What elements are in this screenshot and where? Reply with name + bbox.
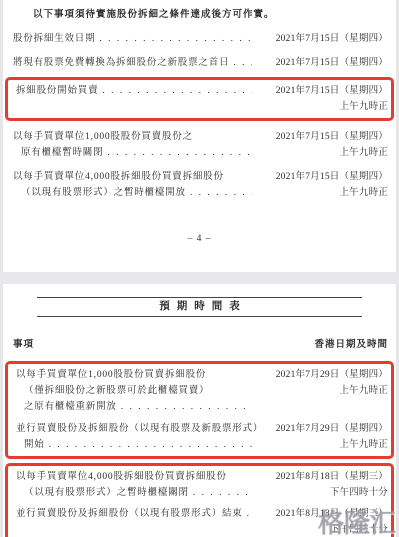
timetable-row: 並行買賣股份及拆細股份（以現有股票及新股票形式） 開始 2021年7月29日（星… <box>13 421 388 453</box>
event-label: 拆細股份開始買賣 <box>16 83 98 99</box>
event-label: 並行買賣股份及拆細股份（以現有股票及新股票形式） <box>16 421 263 437</box>
event-date: 2021年7月29日（星期四） <box>252 421 388 437</box>
dot-leader <box>233 55 252 71</box>
event-label: 將現有股票免費轉換為拆細股份之新股票之首日 <box>13 55 229 71</box>
event-time: 下午四時十分 <box>252 522 388 537</box>
timetable-row: 股份拆細生效日期 2021年7月15日（星期四） <box>3 31 396 47</box>
timetable-row: 以每手買賣單位4,000股拆細股份買賣拆細股份 （以現有股票形式）之暫時櫃檯關閉… <box>13 469 388 501</box>
page-number: – 4 – <box>3 234 396 244</box>
event-label: 並行買賣股份及拆細股份（以現有股票形式）結束 <box>16 506 243 522</box>
event-label: （僅拆細股份之新股票可於此櫃檯買賣） <box>24 383 209 399</box>
document-page-4: 以下事項須待實施股份拆細之條件達成後方可作實。 股份拆細生效日期 2021年7月… <box>3 0 396 272</box>
fragment-divider <box>0 272 399 284</box>
event-date: 2021年7月15日（星期四） <box>252 83 388 99</box>
event-time: 上午九時正 <box>252 185 388 201</box>
event-time: 上午九時正 <box>252 99 388 115</box>
event-label: 以每手買賣單位1,000股股份買賣拆細股份 <box>16 367 206 383</box>
timetable-row: 拆細股份開始買賣 2021年7月15日（星期四） 上午九時正 <box>13 83 388 115</box>
column-event: 事項 <box>13 336 34 350</box>
timetable-row: 以每手買賣單位1,000股股份買賣股份之 原有櫃檯暫時關閉 2021年7月15日… <box>3 129 396 161</box>
column-headers: 事項 香港日期及時間 <box>3 336 396 350</box>
event-label: （以現有股票形式）之暫時櫃檯關閉 <box>24 485 189 501</box>
dot-leader <box>121 399 252 415</box>
dot-leader <box>49 437 252 453</box>
event-date: 2021年7月29日（星期四） <box>252 367 388 383</box>
event-label: 以每手買賣單位1,000股股份買賣股份之 <box>13 129 193 145</box>
event-date: 2021年7月15日（星期四） <box>252 169 388 185</box>
dot-leader <box>102 83 252 99</box>
event-time: 上午九時正 <box>252 145 388 161</box>
event-date: 2021年8月18日（星期三） <box>252 506 388 522</box>
document-page-5: 預期時間表 事項 香港日期及時間 以每手買賣單位1,000股股份買賣拆細股份 （… <box>3 284 396 537</box>
event-label: 開始 <box>24 437 45 453</box>
highlight-box: 以每手買賣單位1,000股股份買賣拆細股份 （僅拆細股份之新股票可於此櫃檯買賣）… <box>5 361 394 459</box>
event-date: 2021年8月18日（星期三） <box>252 469 388 485</box>
title-rule-bottom <box>37 316 362 317</box>
event-label: （以現有股票形式）之暫時櫃檯開放 <box>21 185 186 201</box>
timetable-title-block: 預期時間表 <box>37 297 362 317</box>
event-time: 上午九時正 <box>252 437 388 453</box>
conditions-note: 以下事項須待實施股份拆細之條件達成後方可作實。 <box>3 7 396 23</box>
highlight-box: 拆細股份開始買賣 2021年7月15日（星期四） 上午九時正 <box>5 77 394 121</box>
dot-leader <box>190 185 252 201</box>
event-label: 之原有櫃檯重新開放 <box>24 399 117 415</box>
highlight-box: 以每手買賣單位4,000股拆細股份買賣拆細股份 （以現有股票形式）之暫時櫃檯關閉… <box>5 463 394 537</box>
timetable-row: 並行買賣股份及拆細股份（以現有股票形式）結束 2021年8月18日（星期三） 下… <box>13 506 388 537</box>
event-label: 以每手買賣單位4,000股拆細股份買賣拆細股份 <box>16 469 227 485</box>
event-time: 下午四時十分 <box>252 485 388 501</box>
timetable-row: 將現有股票免費轉換為拆細股份之新股票之首日 2021年7月15日（星期四） <box>3 55 396 71</box>
dot-leader <box>99 31 252 47</box>
event-date: 2021年7月15日（星期四） <box>252 55 388 71</box>
event-time: 上午九時正 <box>252 383 388 399</box>
event-label: 原有櫃檯暫時關閉 <box>21 145 103 161</box>
dot-leader <box>193 485 252 501</box>
column-datetime: 香港日期及時間 <box>314 336 388 350</box>
event-date: 2021年7月15日（星期四） <box>252 129 388 145</box>
timetable-title: 預期時間表 <box>37 298 362 316</box>
event-label: 股份拆細生效日期 <box>13 31 95 47</box>
timetable-row: 以每手買賣單位1,000股股份買賣拆細股份 （僅拆細股份之新股票可於此櫃檯買賣）… <box>13 367 388 415</box>
document-screenshot: 以下事項須待實施股份拆細之條件達成後方可作實。 股份拆細生效日期 2021年7月… <box>0 0 399 537</box>
dot-leader <box>107 145 252 161</box>
event-date: 2021年7月15日（星期四） <box>252 31 388 47</box>
event-label: 以每手買賣單位4,000股拆細股份買賣拆細股份 <box>13 169 224 185</box>
timetable-row: 以每手買賣單位4,000股拆細股份買賣拆細股份 （以現有股票形式）之暫時櫃檯開放… <box>3 169 396 201</box>
